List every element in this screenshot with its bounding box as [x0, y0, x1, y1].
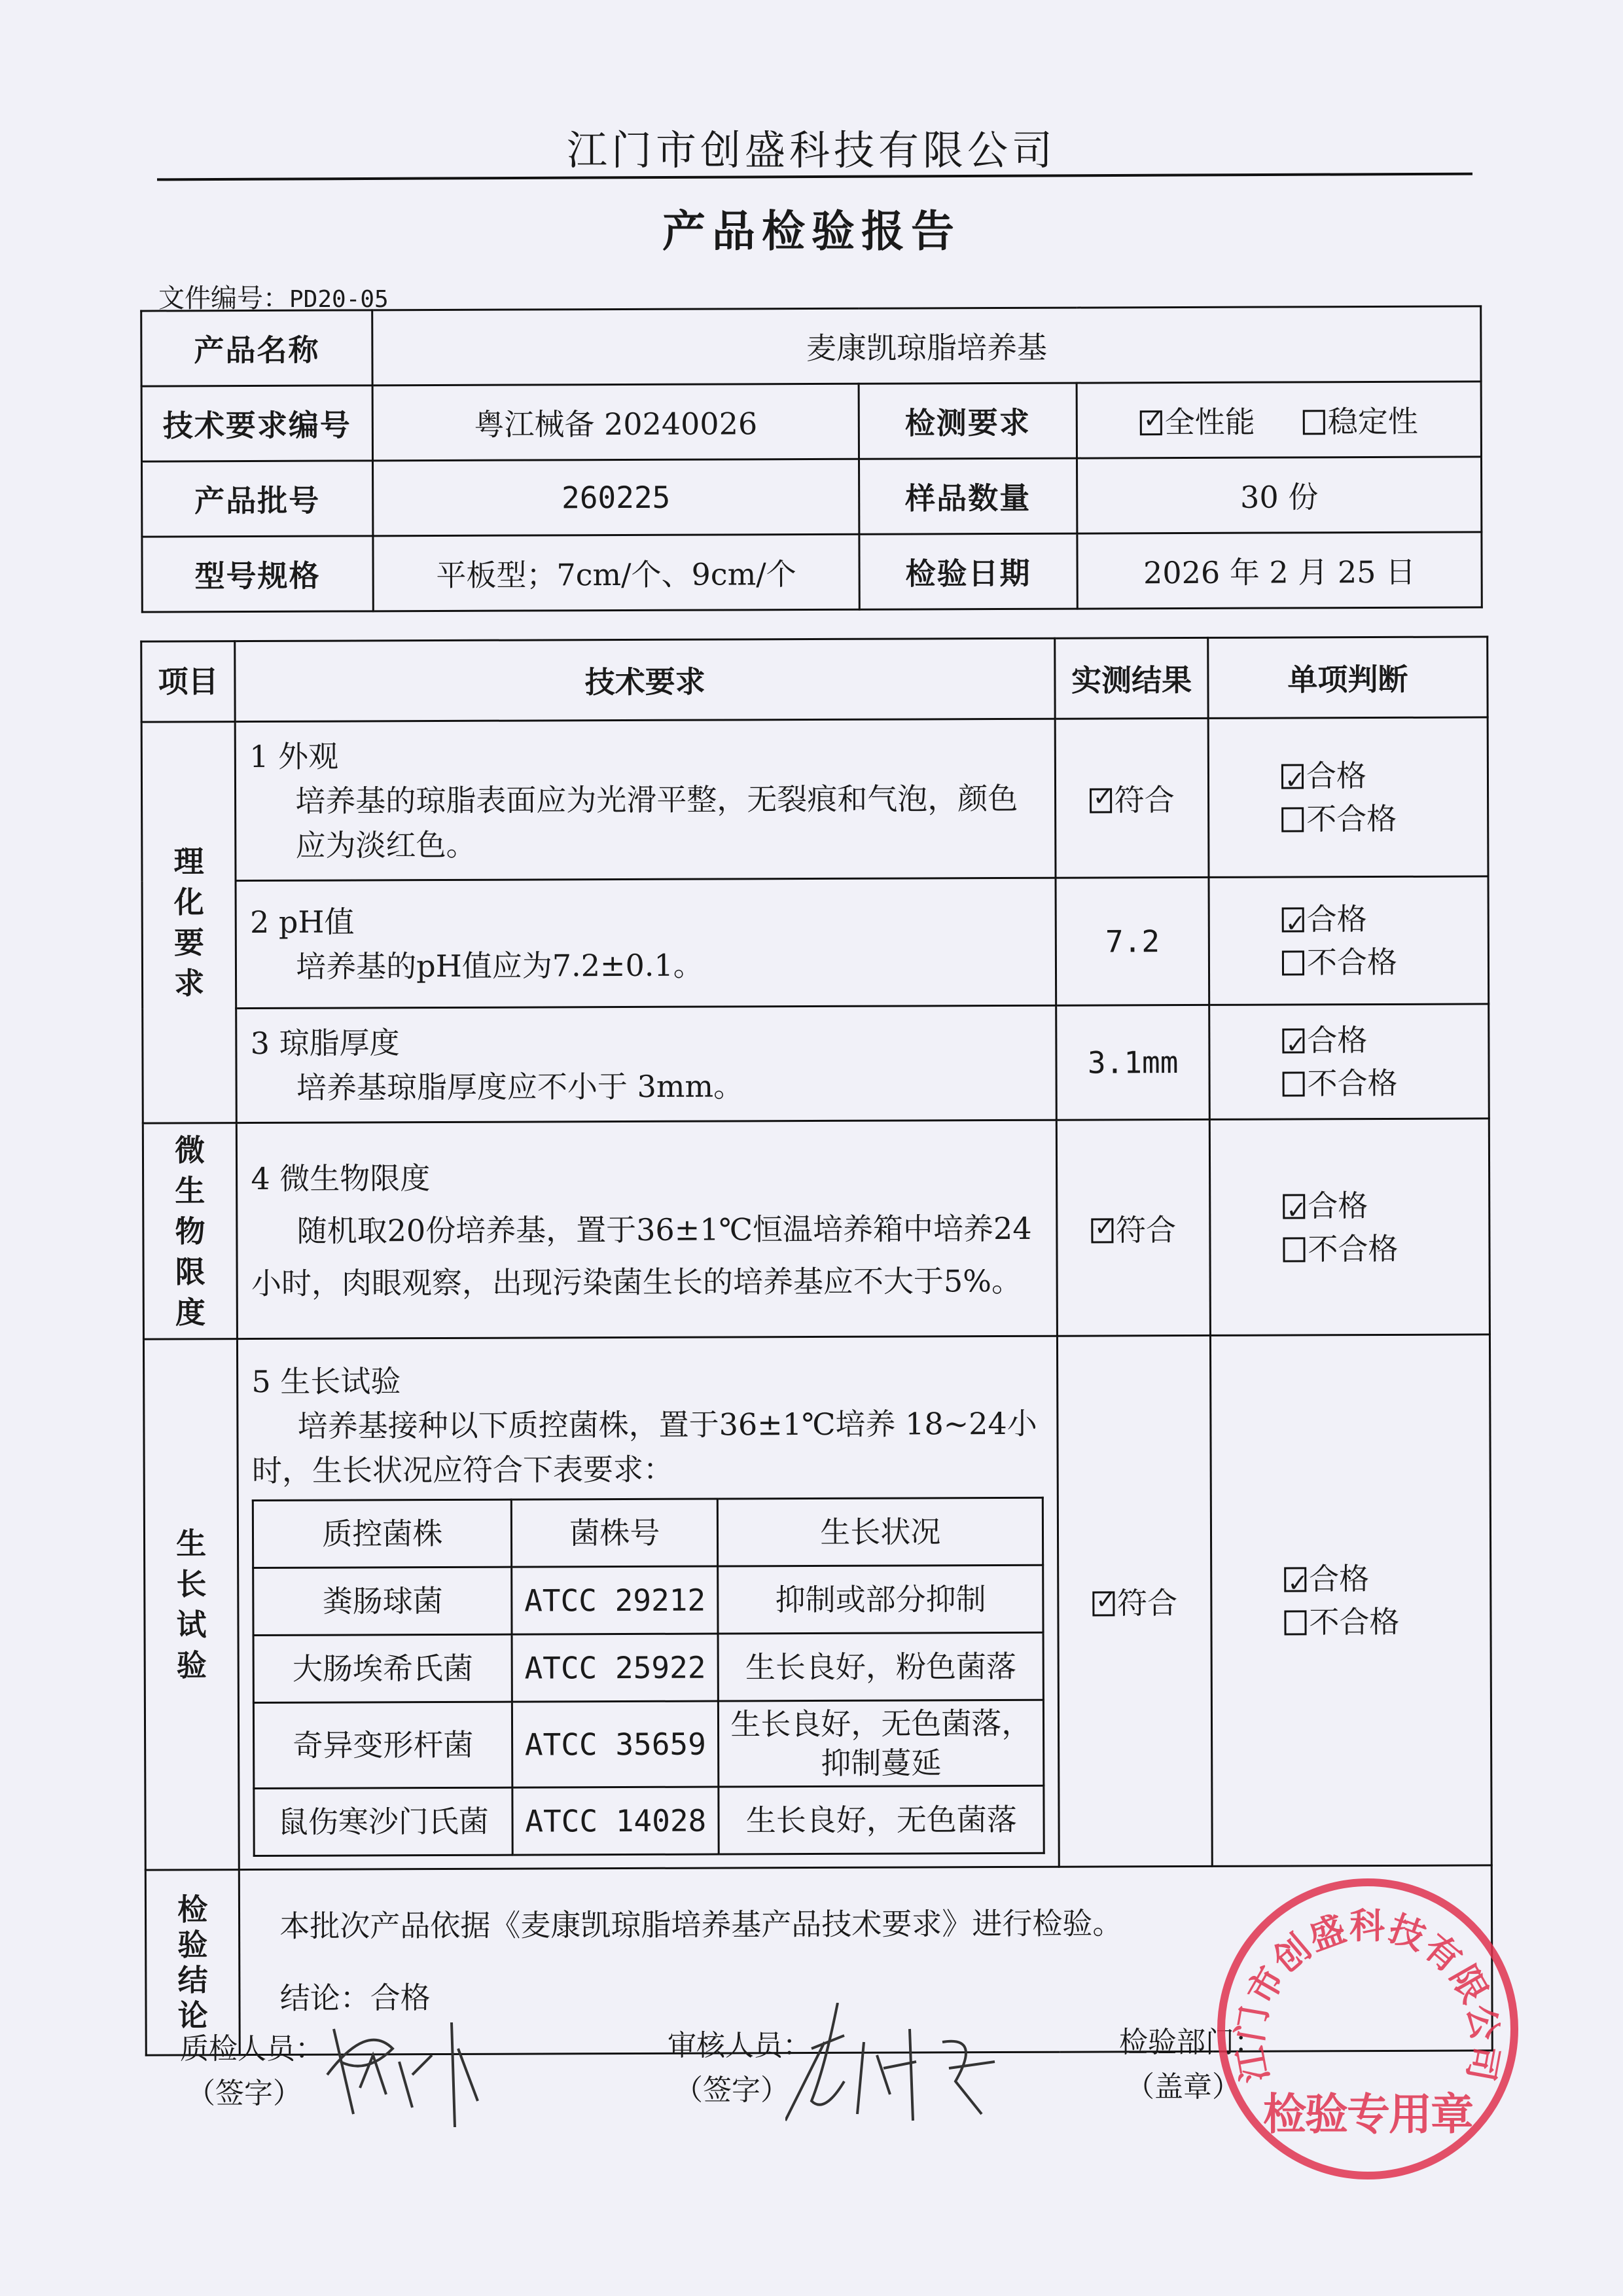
requirement-title: 4 微生物限度: [251, 1149, 1043, 1204]
result-growth: 符合: [1058, 1335, 1213, 1867]
table-row: 生长试验 5 生长试验 培养基接种以下质控菌株，置于36±1℃培养 18~24小…: [143, 1335, 1491, 1870]
inspector-signature-icon: [314, 2022, 510, 2134]
category-microbial-limit: 微生物限度: [143, 1123, 237, 1339]
seal-arc-text: 江门市创盛科技有限公司: [1229, 1905, 1506, 2085]
header-item: 项目: [141, 641, 236, 722]
checkbox-checked-icon[interactable]: [1092, 1591, 1115, 1616]
checkbox-checked-icon[interactable]: [1281, 764, 1304, 789]
checkbox-checked-icon[interactable]: [1282, 1028, 1304, 1053]
judgement-growth: 合格 不合格: [1210, 1335, 1491, 1866]
requirement-text: 培养基的琼脂表面应为光滑平整，无裂痕和气泡，颜色应为淡红色。: [249, 776, 1041, 868]
strain-header-name: 质控菌株: [253, 1499, 512, 1568]
strain-row: 奇异变形杆菌 ATCC 35659 生长良好，无色菌落，抑制蔓延: [254, 1700, 1044, 1788]
requirement-appearance: 1 外观 培养基的琼脂表面应为光滑平整，无裂痕和气泡，颜色应为淡红色。: [235, 719, 1056, 880]
strain-row: 鼠伤寒沙门氏菌 ATCC 14028 生长良好，无色菌落: [254, 1785, 1044, 1856]
requirement-text: 培养基接种以下质控菌株，置于36±1℃培养 18~24小时，生长状况应符合下表要…: [252, 1401, 1044, 1493]
strain-row: 大肠埃希氏菌 ATCC 25922 生长良好，粉色菌落: [253, 1632, 1043, 1702]
requirement-title: 3 琼脂厚度: [251, 1018, 1043, 1066]
checkbox-empty-icon[interactable]: [1281, 807, 1304, 832]
header-measured-result: 实测结果: [1055, 637, 1208, 719]
requirement-thickness: 3 琼脂厚度 培养基琼脂厚度应不小于 3mm。: [236, 1005, 1057, 1122]
sample-qty-label: 样品数量: [859, 458, 1077, 534]
strain-row: 粪肠球菌 ATCC 29212 抑制或部分抑制: [253, 1565, 1043, 1635]
product-name-value: 麦康凯琼脂培养基: [372, 306, 1481, 386]
svg-text:江门市创盛科技有限公司: 江门市创盛科技有限公司: [1229, 1905, 1506, 2085]
category-growth-test: 生长试验: [143, 1339, 239, 1870]
checkbox-checked-icon[interactable]: [1282, 907, 1304, 932]
checkbox-checked-icon[interactable]: [1091, 1218, 1113, 1243]
checkbox-checked-icon[interactable]: [1140, 410, 1162, 435]
requirement-title: 5 生长试验: [251, 1357, 1043, 1404]
judgement-thickness: 合格 不合格: [1209, 1004, 1489, 1119]
strain-table: 质控菌株 菌株号 生长状况 粪肠球菌 ATCC 29212 抑制或部分抑制 大肠…: [252, 1497, 1045, 1857]
requirement-microbial: 4 微生物限度 随机取20份培养基，置于36±1℃恒温培养箱中培养24小时，肉眼…: [237, 1120, 1058, 1338]
product-name-label: 产品名称: [141, 310, 372, 386]
header-judgement: 单项判断: [1208, 637, 1488, 718]
inspector-sub: （签字）: [187, 2070, 324, 2111]
requirement-text: 随机取20份培养基，置于36±1℃恒温培养箱中培养24小时，肉眼观察，出现污染菌…: [251, 1202, 1044, 1309]
model-value: 平板型；7cm/个、9cm/个: [373, 534, 859, 611]
option-stability[interactable]: 稳定性: [1303, 404, 1418, 440]
requirement-title: 2 pH值: [250, 897, 1042, 944]
option-full-performance[interactable]: 全性能: [1140, 404, 1255, 440]
test-req-label: 检测要求: [859, 383, 1077, 459]
table-row: 3 琼脂厚度 培养基琼脂厚度应不小于 3mm。 3.1mm 合格 不合格: [143, 1004, 1489, 1123]
requirement-growth: 5 生长试验 培养基接种以下质控菌株，置于36±1℃培养 18~24小时，生长状…: [238, 1336, 1060, 1869]
tech-req-no-value: 粤江械备 20240026: [372, 384, 859, 461]
seal-center-text: 检验专用章: [1225, 2079, 1510, 2142]
test-date-label: 检验日期: [859, 533, 1077, 609]
requirement-text: 培养基的pH值应为7.2±0.1。: [250, 942, 1042, 989]
requirement-title: 1 外观: [249, 732, 1041, 779]
company-seal-icon: 江门市创盛科技有限公司 检验专用章: [1217, 1878, 1518, 2179]
result-ph: 7.2: [1056, 877, 1209, 1005]
checkbox-empty-icon[interactable]: [1303, 410, 1325, 435]
checkbox-empty-icon[interactable]: [1283, 1071, 1305, 1096]
requirement-ph: 2 pH值 培养基的pH值应为7.2±0.1。: [236, 878, 1056, 1008]
checkbox-checked-icon[interactable]: [1284, 1567, 1306, 1592]
checkbox-checked-icon[interactable]: [1283, 1194, 1305, 1219]
result-thickness: 3.1mm: [1056, 1005, 1209, 1120]
judgement-ph: 合格 不合格: [1209, 876, 1489, 1005]
table-row: 理化要求 1 外观 培养基的琼脂表面应为光滑平整，无裂痕和气泡，颜色应为淡红色。…: [141, 717, 1488, 881]
tech-req-no-label: 技术要求编号: [141, 386, 372, 461]
test-date-value: 2026 年 2 月 25 日: [1077, 532, 1482, 609]
inspector-label: 质检人员：: [180, 2029, 324, 2070]
checkbox-empty-icon[interactable]: [1284, 1610, 1306, 1635]
product-info-table: 产品名称 麦康凯琼脂培养基 技术要求编号 粤江械备 20240026 检测要求 …: [140, 305, 1483, 613]
judgement-appearance: 合格 不合格: [1208, 717, 1488, 877]
report-title: 产品检验报告: [0, 196, 1623, 259]
batch-value: 260225: [373, 459, 859, 536]
company-name: 江门市创盛科技有限公司: [0, 118, 1623, 176]
category-physchem: 理化要求: [141, 722, 236, 1123]
batch-label: 产品批号: [142, 461, 373, 537]
test-req-options: 全性能 稳定性: [1077, 382, 1481, 458]
table-row: 2 pH值 培养基的pH值应为7.2±0.1。 7.2 合格 不合格: [142, 876, 1489, 1009]
header-tech-req: 技术要求: [235, 638, 1055, 721]
strain-header-growth: 生长状况: [718, 1498, 1043, 1566]
table-row: 微生物限度 4 微生物限度 随机取20份培养基，置于36±1℃恒温培养箱中培养2…: [143, 1119, 1489, 1339]
sample-qty-value: 30 份: [1077, 457, 1481, 533]
requirement-text: 培养基琼脂厚度应不小于 3mm。: [251, 1063, 1043, 1110]
checkbox-empty-icon[interactable]: [1282, 950, 1304, 975]
category-conclusion: 检验结论: [145, 1870, 240, 2055]
checkbox-checked-icon[interactable]: [1090, 788, 1112, 813]
judgement-microbial: 合格 不合格: [1209, 1119, 1489, 1335]
checkbox-empty-icon[interactable]: [1283, 1237, 1305, 1262]
test-results-table: 项目 技术要求 实测结果 单项判断 理化要求 1 外观 培养基的琼脂表面应为光滑…: [140, 636, 1493, 2056]
inspector-signature-block: 质检人员： （签字）: [180, 2029, 324, 2111]
model-label: 型号规格: [142, 536, 373, 612]
result-microbial: 符合: [1057, 1119, 1211, 1336]
strain-header-id: 菌株号: [512, 1499, 718, 1567]
reviewer-signature-icon: [785, 2003, 1008, 2127]
result-appearance: 符合: [1055, 718, 1209, 878]
